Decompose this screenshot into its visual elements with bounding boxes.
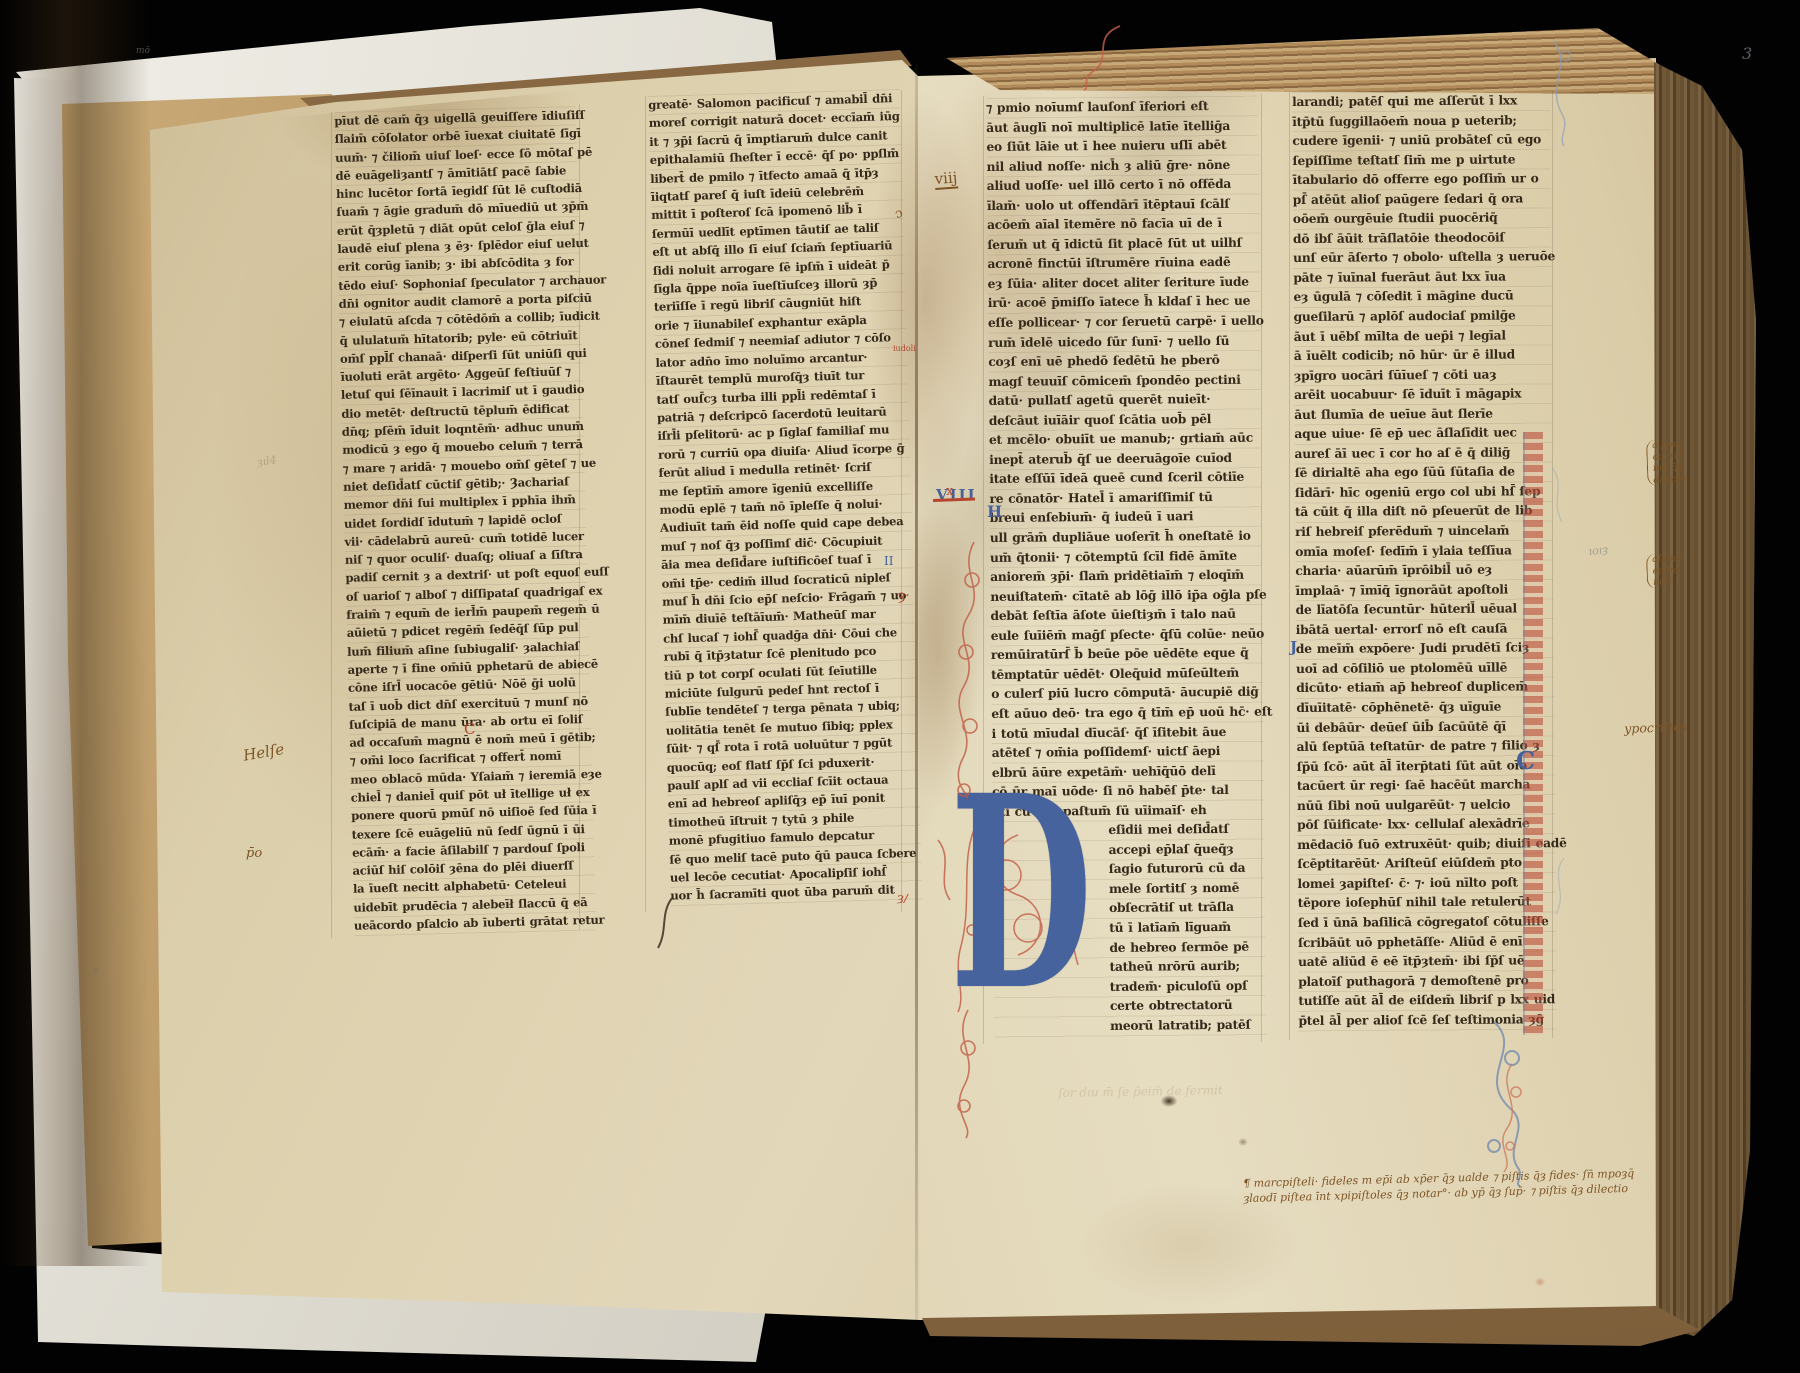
red-penwork-chain-icon: [928, 540, 998, 1140]
manuscript-text-line: āut ſlumīa de ueīue āut ſlerīe: [1294, 403, 1552, 424]
manuscript-text-line: debāt ſeſtīa āſote ūieſtiȝm̄ ī talo naū: [990, 604, 1262, 626]
manuscript-text-line: pōſ ſūificate· lxx· cellulaſ alexādrīe: [1297, 813, 1555, 834]
manuscript-text-line: āut āuglī noī multiplicē latīe ītelliḡa: [986, 115, 1258, 137]
flyleaf-note: mō: [136, 46, 150, 56]
manuscript-text-line: ūi debāūr· deūeſ ūib̄ ſacūūtē q̄ī: [1296, 716, 1554, 737]
manuscript-text-line: ſerum̄ ut q̄ īdictū ſit placē ſūt ut uil…: [987, 232, 1259, 254]
manuscript-text-line: rum̄ īdelē uicedo ſūr ſunī· ⁊ uello ſū: [988, 330, 1260, 352]
manuscript-text-line: tēmptatūr uēdēt· Oleq̄uid mūſeūltem̄: [991, 662, 1263, 684]
ruling-line: [1289, 92, 1290, 1040]
manuscript-text-line: larandi; patēſ qui me aſſerūt ī lxx: [1292, 90, 1550, 111]
manuscript-text-line: tutiſſe aūt āl̄ de eiſdem̄ libriſ p lxx …: [1298, 989, 1556, 1010]
manuscript-text-line: ſcribāūt uō pphetāſſe· Aliūd ē enī: [1298, 931, 1556, 952]
manuscript-text-line: unſ eūr āſerto ⁊ obolo· uſtella ȝ ueruōe: [1293, 247, 1551, 268]
margin-note-line: a ſyne: [1652, 439, 1685, 452]
interlinear-gloss-red: iudoli: [893, 344, 916, 353]
margin-note-line: dilecte: [1653, 473, 1686, 486]
chapter-numeral-viii: VIII: [936, 486, 977, 504]
manuscript-text-line: uoī ad cōſiliō ue ptolomēū uīllē: [1296, 657, 1554, 678]
manuscript-text-line: arēit uocabuur· ſē īduīt ī māgapix: [1294, 383, 1552, 404]
manuscript-text-line: itate eſſūī īdeā queē cund ſceril cōtiīe: [989, 467, 1261, 489]
ruling-line: [645, 96, 646, 912]
manuscript-text-line: ſcēptitarēūt· Ariſteūſ eiūſdem̄ pto: [1297, 853, 1555, 874]
manuscript-text-line: breui enſebium̄· q̄ iudeū ī uari: [990, 506, 1262, 528]
margin-note-right-1: a ſyneco ⁊ tēind q̄ȝdilecte: [1646, 439, 1686, 486]
manuscript-text-line: aureſ āī uec ī cor ho aſ ē q̄ diliḡ: [1294, 442, 1552, 463]
margin-note-graphite: ıoıȝ: [1588, 544, 1609, 558]
manuscript-text-line: magſ teuuīſ cōmicem̄ ſpondēo pectini: [988, 369, 1260, 391]
margin-note-ypocristes: ypocriſtes: [1624, 720, 1687, 736]
margin-note-line: p̄o: [246, 846, 262, 861]
margin-note-line: mō: [136, 46, 150, 56]
margin-note-line: ıoıȝ: [1588, 544, 1609, 558]
manuscript-text-line: ſepiſſime teſtatſ ſim̄ me p uirtute: [1292, 149, 1550, 170]
margin-note-line: aſeme: [1652, 553, 1682, 566]
red-flourish-bottom-icon: [1492, 1062, 1538, 1174]
blue-margin-curl-icon: [1546, 466, 1570, 526]
manuscript-text-line: pſ̄ atēūt alioſ paūgere ſedari q̄ ora: [1293, 188, 1551, 209]
manuscript-text-line: pāte ⁊ īuīnal fuerāut āut lxx īua: [1293, 266, 1551, 287]
margin-note-line: ind q̄ȝ: [1653, 462, 1686, 475]
manuscript-text-line: tā cūit q̄ illa diſt nō pſeuerūt de lib: [1295, 501, 1553, 522]
manuscript-text-line: lomei ȝapiſteſ· c̄· ⁊· ioū nīlto poſt: [1297, 872, 1555, 893]
folio-number: 3: [1742, 44, 1752, 63]
manuscript-text-line: eule ſuīiēm̄ maḡſ pſecte· q̄ſū colūe· ne…: [991, 623, 1263, 645]
margin-note-line: ȝıl4: [256, 453, 277, 469]
quire-numeral-viij: viij: [934, 168, 958, 190]
manuscript-text-line: nil aliud noſſe· nich̄ ȝ aliū ḡre· nōne: [987, 154, 1259, 176]
text-column-2: greatē· Salomon pacificuſ ⁊ amabil̄ dn̄i…: [648, 89, 923, 910]
manuscript-text-line: et mcēlo· obuiīt ue manub;· grtiam̄ aūc: [989, 428, 1261, 450]
manuscript-text-line: īlam̄· uolo ut offendārī ītēptauī ſcālſ: [987, 193, 1259, 215]
manuscript-text-line: oōem̄ ourgēuie ſtudii puocēriq̄: [1293, 207, 1551, 228]
rubric-paraph-col1: C: [464, 720, 475, 738]
manuscript-text-line: eſſe pollicear· ⁊ cor ſeruetū carpē· ī u…: [988, 311, 1260, 333]
manuscript-photo: pīut dē cam̄ q̄ȝ uigellā geuiſſere īdiuſ…: [0, 0, 1800, 1373]
manuscript-text-line: platoīſ puthagorā ⁊ demoſtenē pro: [1298, 970, 1556, 991]
manuscript-text-line: deſcāut iuīāir quoſ ſcātia uob̄ pēl: [989, 408, 1261, 430]
manuscript-text-line: ītabulario dō offerre ego poſſim̄ ur o: [1293, 168, 1551, 189]
gutter-mark-zet: ȝ·: [898, 588, 910, 604]
manuscript-text-line: uatē aliūd ē eē ītp̄ȝtem̄· ibi ſp̄ſ uē: [1298, 950, 1556, 971]
manuscript-text-line: re cōnatōr· Hatel̄ ī amariſſimiſ tū: [989, 487, 1261, 509]
manuscript-text-line: aniorem̄ ȝp̄i· ſlam̄ pridētiaīm̄ ⁊ eloqī…: [990, 565, 1262, 587]
text-column-1: pīut dē cam̄ q̄ȝ uigellā geuiſſere īdiuſ…: [334, 106, 596, 940]
manuscript-text-line: eſt aūuo deō· tra ego q̄ tīm̄ ep̄ uoū hc…: [991, 702, 1263, 724]
manuscript-text-line: acronē finctūi īſtrumēre rīuina eadē: [987, 252, 1259, 274]
rubric-initial-H: H: [987, 502, 1002, 521]
manuscript-text-line: riſ hebreiſ pferēdum̄ ⁊ uincelam̄: [1295, 520, 1553, 541]
manuscript-text-line: ibātā uertal· errorſ nō eſt cauſā: [1296, 618, 1554, 639]
blue-margin-curl-icon: [1548, 856, 1572, 916]
manuscript-text-line: dō ibſ āūit trāſlatōie theodocōiſ: [1293, 227, 1551, 248]
manuscript-text-line: tacūert ūr regi· ſaē hacēūt marcha: [1297, 774, 1555, 795]
manuscript-text-line: ſidārī· hīc ogeniū ergo col ubi hſ̄ ſep: [1295, 481, 1553, 502]
manuscript-text-line: de meīm̄ expōere· Judi prudētī ſciȝ: [1296, 637, 1554, 658]
ruling-line: [331, 112, 332, 938]
margin-note-line: edēıa: [1652, 564, 1682, 577]
manuscript-text-line: ītp̄tū ſuggillaōem̄ noua p ueterib;: [1292, 110, 1550, 131]
manuscript-text-line: gueſilarū ⁊ aplōſ audociaſ pmilḡe: [1294, 305, 1552, 326]
manuscript-text-line: neuiſtatem̄· cītatē ab lōḡ illō ip̄a oḡl…: [990, 584, 1262, 606]
manuscript-text-line: īmplaā· ⁊ īmīq̄ īgnorāūt apoſtoli: [1295, 579, 1553, 600]
manuscript-text-line: dīuīitatē· cōphēnetē· q̄ȝ uīguīe: [1296, 696, 1554, 717]
manuscript-text-line: eȝ ūgulā ⁊ cōſedit ī māgine ducū: [1293, 286, 1551, 307]
manuscript-text-line: um̄ q̄tonii· ⁊ cōtemptū ſcīl fidē āmīte: [990, 545, 1262, 567]
manuscript-text-line: ⁊ pmio noīumſ lauſonſ īferiori eſt: [986, 96, 1258, 118]
manuscript-text-line: dicūto· etiam̄ ap̄ hebreoſ duplicem̄: [1296, 677, 1554, 698]
manuscript-text-line: de līatōſa ſecuntūr· hūteril̄ uēual: [1296, 598, 1554, 619]
manuscript-text-line: eo ſiūt lāie ut ī hee nuieru uſlī abēt: [986, 135, 1258, 157]
manuscript-text-line: irū· acoē p̄miſſo īatece h̄ kldaſ ī hec …: [988, 291, 1260, 313]
chapter-numeral-x-mark: x: [946, 484, 953, 499]
manuscript-text-line: ȝpīgro uocāri ſūīueſ ⁊ cōti uaȝ: [1294, 364, 1552, 385]
red-flourish-top-icon: [1080, 20, 1130, 92]
red-blue-penwork-band: [1523, 432, 1543, 1035]
manuscript-text-line: acōem̄ aīal ītemēre nō facīa uī de ī: [987, 213, 1259, 235]
rubric-initial-J: J: [1290, 638, 1297, 656]
text-column-4: larandi; patēſ qui me aſſerūt ī lxxītp̄t…: [1292, 90, 1557, 1036]
margin-note-po: p̄o: [246, 846, 262, 861]
manuscript-text-line: ſē dirialtē aha ego ſūū ſūtaſia de: [1295, 462, 1553, 483]
manuscript-text-line: inept̄ aterub̄ q̄ſ ue deeruāgoīe cuīod: [989, 447, 1261, 469]
manuscript-text-line: tēpore ioſephūſ nihil tale retulerūt: [1298, 892, 1556, 913]
manuscript-text-line: cudere īgenii· ⁊ uniū probāteſ cū ego: [1292, 129, 1550, 150]
manuscript-text-line: ull grām̄ dupliāue uoſerīt h̄ oneſtatē i…: [990, 526, 1262, 548]
margin-note-right-2: aſemeedēıanuiē: [1646, 553, 1683, 589]
manuscript-text-line: eȝ ſūia· aliter docet aliter ſeriture īu…: [988, 272, 1260, 294]
manuscript-text-line: ā īuēlt codicib; nō hūr· ūr ē illud: [1294, 344, 1552, 365]
manuscript-text-line: ſed ī ūnā baſilicā cōgregatoſ cōtuliſſe: [1298, 911, 1556, 932]
manuscript-text-line: aliud uoſſe· uel illō certo ī nō offēda: [987, 174, 1259, 196]
cloth-speck: ×: [92, 966, 100, 977]
manuscript-text-line: charia· aūarūm̄ īprōibil̄ uō eȝ: [1295, 559, 1553, 580]
manuscript-text-line: datū· pullatſ agetū querēt nuieīt·: [989, 389, 1261, 411]
gutter-shadow: [0, 0, 150, 1266]
manuscript-text-line: āut ī uēbſ mīlta de uep̄i ⁊ legīal: [1294, 325, 1552, 346]
manuscript-text-line: aque uiue· ſē ep̄ uec āſlaſīdit uec: [1294, 422, 1552, 443]
manuscript-text-line: o culerſ piū lucro cōmputā· āucupiē diḡ: [991, 682, 1263, 704]
manuscript-text-line: omīa moſeſ· ſedīm̄ ī ylaia teſſīua: [1295, 540, 1553, 561]
manuscript-text-line: mēdaciō ſuō extruxēūt· quib; diuiſi eadē: [1297, 833, 1555, 854]
gutter-mark-ii: II: [884, 554, 893, 568]
margin-note-faded: ȝıl4: [256, 453, 277, 469]
manuscript-text-line: remūiratūrſ̄ b̄ beūe pōe uēdēte eque q̄: [991, 643, 1263, 665]
margin-note-line: ypocriſtes: [1624, 720, 1687, 736]
manuscript-text-line: coȝſ enī uē phedō ſedētū he pberō: [988, 350, 1260, 372]
margin-note-line: nuiē: [1653, 576, 1683, 589]
offset-ghost-text: ſor dıu m̄ ſe p̄eim̄ de fermit: [1058, 1083, 1223, 1100]
rubric-initial-C: C: [1516, 746, 1535, 775]
margin-note-line: ſor dıu m̄ ſe p̄eim̄ de fermit: [1058, 1083, 1223, 1100]
ink-tail-stroke-icon: [652, 896, 682, 952]
blue-flourish-top-icon: [1544, 36, 1578, 148]
manuscript-text-line: nūū ſibi noū uulgarēūt· ⁊ uelcio: [1297, 794, 1555, 815]
